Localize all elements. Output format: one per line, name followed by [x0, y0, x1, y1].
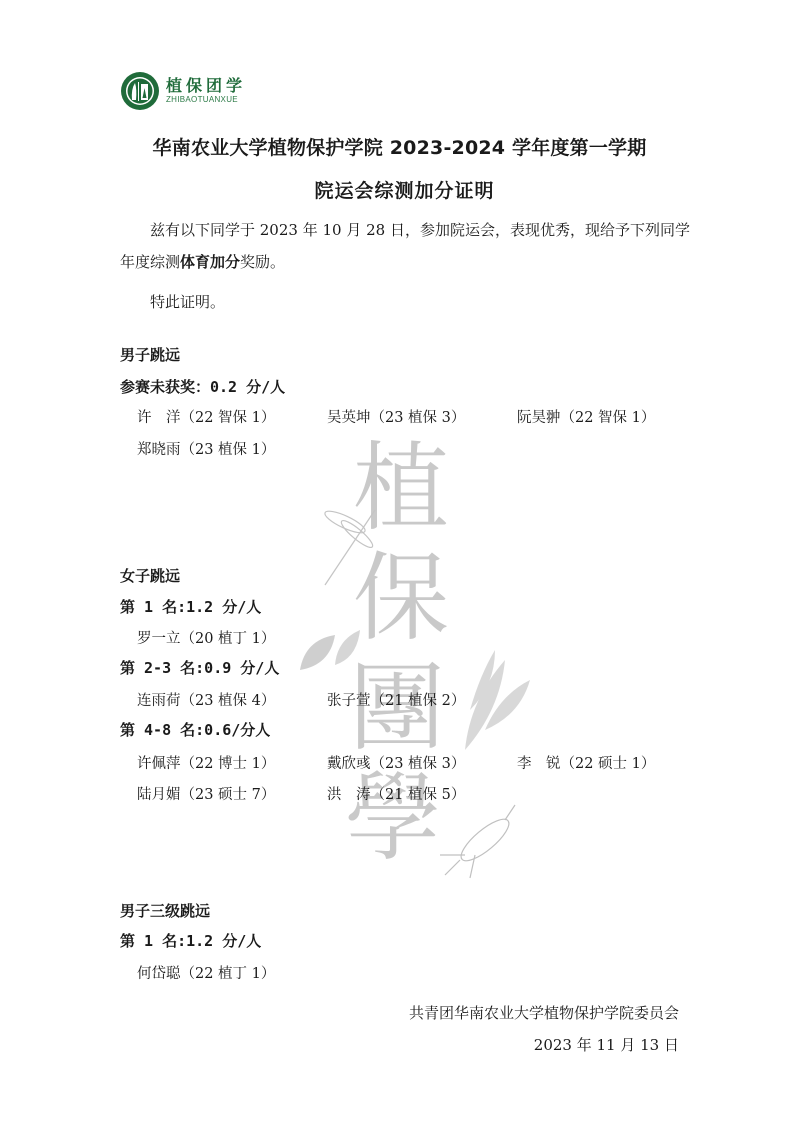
tier-label: 第 1 名:1.2 分/人	[120, 930, 261, 951]
intro-text-end: 奖励。	[240, 253, 285, 271]
awardee: 阮昊翀（22 智保 1）	[517, 406, 655, 427]
document-title: 华南农业大学植物保护学院 2023-2024 学年度第一学期	[0, 133, 799, 160]
awardee: 许佩萍（22 博士 1）	[137, 752, 275, 773]
logo: 植保团学 ZHIBAOTUANXUE	[120, 70, 246, 112]
awardee: 连雨荷（23 植保 4）	[137, 689, 275, 710]
awardee: 陆月媚（23 硕士 7）	[137, 783, 275, 804]
event-title-mens-long-jump: 男子跳远	[120, 344, 180, 365]
tier-label: 第 1 名:1.2 分/人	[120, 596, 261, 617]
watermark: 植 保 團 學	[305, 440, 545, 880]
event-title-mens-triple-jump: 男子三级跳远	[120, 900, 210, 921]
issuing-organization: 共青团华南农业大学植物保护学院委员会	[409, 1002, 679, 1023]
issue-date: 2023 年 11 月 13 日	[534, 1034, 679, 1055]
leaf-icon	[295, 610, 365, 680]
logo-chinese-name: 植保团学	[166, 77, 246, 95]
awardee: 洪 涛（21 植保 5）	[327, 783, 465, 804]
awardee: 李 锐（22 硕士 1）	[517, 752, 655, 773]
awardee: 罗一立（20 植丁 1）	[137, 627, 275, 648]
closing-statement: 特此证明。	[150, 286, 720, 318]
awardee: 许 洋（22 智保 1）	[137, 406, 275, 427]
awardee: 郑晓雨（23 植保 1）	[137, 438, 275, 459]
intro-paragraph: 兹有以下同学于 2023 年 10 月 28 日，参加院运会，表现优秀，现给予下…	[120, 214, 690, 278]
tier-label: 参赛未获奖：0.2 分/人	[120, 376, 285, 397]
beetle-icon	[430, 800, 530, 880]
awardee: 张子萱（21 植保 2）	[327, 689, 465, 710]
awardee: 何岱聪（22 植丁 1）	[137, 962, 275, 983]
event-title-womens-long-jump: 女子跳远	[120, 565, 180, 586]
document-page: 植保团学 ZHIBAOTUANXUE 植 保 團 學	[0, 0, 799, 1131]
watermark-char: 植	[353, 440, 449, 536]
logo-pinyin-name: ZHIBAOTUANXUE	[166, 95, 246, 105]
intro-bold-text: 体育加分	[180, 253, 240, 271]
document-subtitle: 院运会综测加分证明	[0, 176, 799, 203]
awardee: 吴英坤（23 植保 3）	[327, 406, 465, 427]
leaves-icon	[455, 640, 535, 760]
dragonfly-icon	[305, 500, 385, 590]
awardee: 戴欣彧（23 植保 3）	[327, 752, 465, 773]
emblem-icon	[120, 71, 160, 111]
tier-label: 第 2-3 名:0.9 分/人	[120, 657, 279, 678]
watermark-char: 保	[353, 550, 449, 646]
tier-label: 第 4-8 名:0.6/分人	[120, 719, 270, 740]
